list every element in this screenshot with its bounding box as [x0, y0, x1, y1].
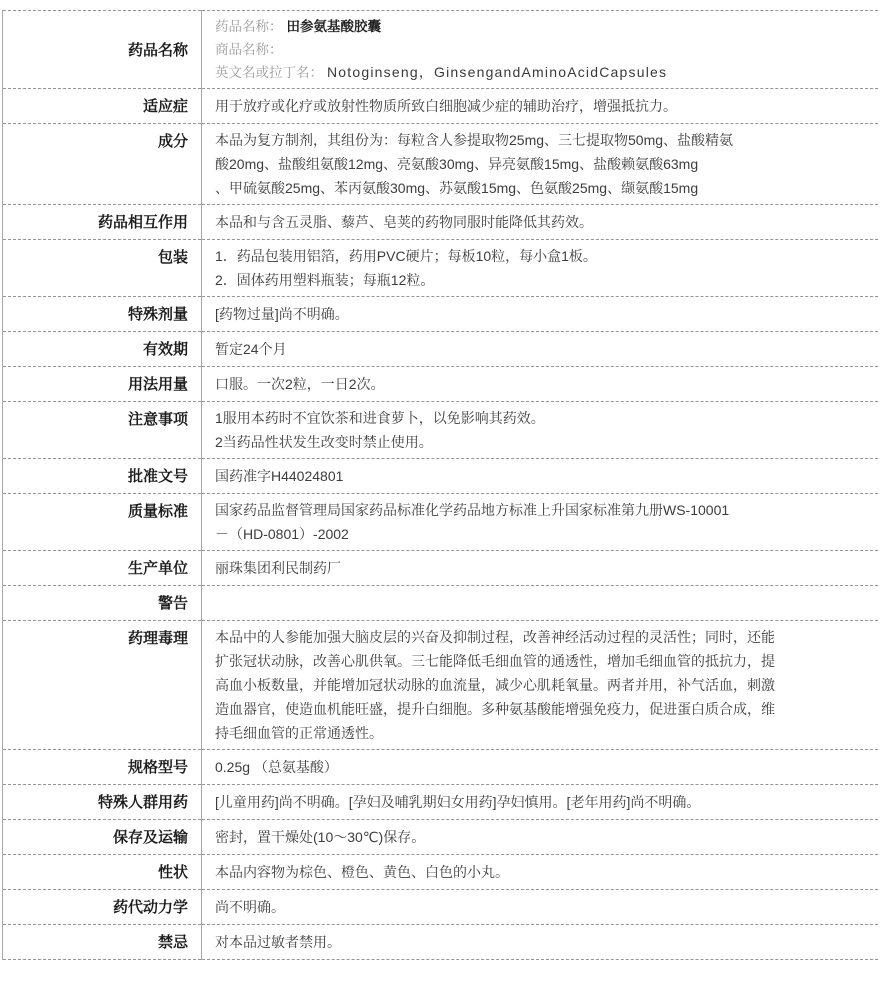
contraindications-value: 对本品过敏者禁用。 — [202, 925, 879, 960]
text-line: 本品和与含五灵脂、藜芦、皂荚的药物同服时能降低其药效。 — [215, 210, 868, 234]
row-specification: 规格型号 0.25g （总氨基酸） — [3, 750, 879, 785]
text-line: 0.25g （总氨基酸） — [215, 755, 868, 779]
contraindications-label: 禁忌 — [3, 925, 202, 960]
row-contraindications: 禁忌 对本品过敏者禁用。 — [3, 925, 879, 960]
row-pharmacokinetics: 药代动力学 尚不明确。 — [3, 890, 879, 925]
text-line — [215, 594, 868, 613]
composition-value: 本品为复方制剂，其组份为：每粒含人参提取物25mg、三七提取物50mg、盐酸精氨… — [202, 124, 879, 205]
drug-interactions-value: 本品和与含五灵脂、藜芦、皂荚的药物同服时能降低其药效。 — [202, 205, 879, 240]
text-line: 用于放疗或化疗或放射性物质所致白细胞减少症的辅助治疗，增强抵抗力。 — [215, 94, 868, 118]
row-precautions: 注意事项 1服用本药时不宜饮茶和进食萝卜，以免影响其药效。 2当药品性状发生改变… — [3, 402, 879, 459]
packaging-label: 包装 — [3, 240, 202, 297]
drug-info-page: { "theme": { "border_dashed": "#a09191",… — [0, 10, 880, 1000]
text-line: 本品为复方制剂，其组份为：每粒含人参提取物25mg、三七提取物50mg、盐酸精氨 — [215, 128, 868, 152]
trade-name-line: 商品名称： — [215, 38, 868, 61]
properties-label: 性状 — [3, 855, 202, 890]
field-value: Notoginseng，GinsengandAminoAcidCapsules — [327, 64, 667, 80]
pharmacology-toxicology-label: 药理毒理 — [3, 621, 202, 750]
text-line: 尚不明确。 — [215, 895, 868, 919]
text-line: 1服用本药时不宜饮茶和进食萝卜，以免影响其药效。 — [215, 406, 868, 430]
text-line: 造血器官，使造血机能旺盛，提升白细胞。多种氨基酸能增强免疫力，促进蛋白质合成，维 — [215, 697, 868, 721]
special-populations-label: 特殊人群用药 — [3, 785, 202, 820]
field-key: 商品名称： — [215, 42, 283, 57]
special-dosage-label: 特殊剂量 — [3, 297, 202, 332]
text-line: 高血小板数量，并能增加冠状动脉的血流量，减少心肌耗氧量。两者并用，补气活血，刺激 — [215, 673, 868, 697]
generic-name-line: 药品名称：田参氨基酸胶囊 — [215, 15, 868, 38]
text-line: 2当药品性状发生改变时禁止使用。 — [215, 430, 868, 454]
precautions-value: 1服用本药时不宜饮茶和进食萝卜，以免影响其药效。 2当药品性状发生改变时禁止使用… — [202, 402, 879, 459]
row-dosage-usage: 用法用量 口服。一次2粒，一日2次。 — [3, 367, 879, 402]
approval-number-value: 国药准字H44024801 — [202, 459, 879, 494]
approval-number-label: 批准文号 — [3, 459, 202, 494]
row-shelf-life: 有效期 暂定24个月 — [3, 332, 879, 367]
manufacturer-label: 生产单位 — [3, 551, 202, 586]
row-storage-transport: 保存及运输 密封，置干燥处(10～30℃)保存。 — [3, 820, 879, 855]
indications-value: 用于放疗或化疗或放射性物质所致白细胞减少症的辅助治疗，增强抵抗力。 — [202, 89, 879, 124]
text-line: [药物过量]尚不明确。 — [215, 302, 868, 326]
specification-label: 规格型号 — [3, 750, 202, 785]
text-line: [儿童用药]尚不明确。[孕妇及哺乳期妇女用药]孕妇慎用。[老年用药]尚不明确。 — [215, 790, 868, 814]
field-key: 英文名或拉丁名： — [215, 65, 323, 80]
row-quality-standard: 质量标准 国家药品监督管理局国家药品标准化学药品地方标准上升国家标准第九册WS-… — [3, 494, 879, 551]
text-line: 酸20mg、盐酸组氨酸12mg、亮氨酸30mg、异亮氨酸15mg、盐酸赖氨酸63… — [215, 152, 868, 176]
drug-info-table: 药品名称 药品名称：田参氨基酸胶囊 商品名称： 英文名或拉丁名：Notogins… — [2, 10, 878, 960]
row-warning: 警告 — [3, 586, 879, 621]
pharmacology-toxicology-value: 本品中的人参能加强大脑皮层的兴奋及抑制过程，改善神经活动过程的灵活性；同时，还能… — [202, 621, 879, 750]
precautions-label: 注意事项 — [3, 402, 202, 459]
storage-transport-label: 保存及运输 — [3, 820, 202, 855]
special-dosage-value: [药物过量]尚不明确。 — [202, 297, 879, 332]
manufacturer-value: 丽珠集团利民制药厂 — [202, 551, 879, 586]
field-value: 田参氨基酸胶囊 — [287, 19, 382, 34]
row-composition: 成分 本品为复方制剂，其组份为：每粒含人参提取物25mg、三七提取物50mg、盐… — [3, 124, 879, 205]
text-line: 本品中的人参能加强大脑皮层的兴奋及抑制过程，改善神经活动过程的灵活性；同时，还能 — [215, 625, 868, 649]
text-line: 扩张冠状动脉，改善心肌供氧。三七能降低毛细血管的通透性，增加毛细血管的抵抗力，提 — [215, 649, 868, 673]
indications-label: 适应症 — [3, 89, 202, 124]
row-indications: 适应症 用于放疗或化疗或放射性物质所致白细胞减少症的辅助治疗，增强抵抗力。 — [3, 89, 879, 124]
special-populations-value: [儿童用药]尚不明确。[孕妇及哺乳期妇女用药]孕妇慎用。[老年用药]尚不明确。 — [202, 785, 879, 820]
row-approval-number: 批准文号 国药准字H44024801 — [3, 459, 879, 494]
warning-label: 警告 — [3, 586, 202, 621]
storage-transport-value: 密封，置干燥处(10～30℃)保存。 — [202, 820, 879, 855]
row-drug-name: 药品名称 药品名称：田参氨基酸胶囊 商品名称： 英文名或拉丁名：Notogins… — [3, 11, 879, 89]
text-line: 暂定24个月 — [215, 337, 868, 361]
english-name-line: 英文名或拉丁名：Notoginseng，GinsengandAminoAcidC… — [215, 61, 868, 84]
shelf-life-value: 暂定24个月 — [202, 332, 879, 367]
text-line: 国药准字H44024801 — [215, 464, 868, 488]
row-special-populations: 特殊人群用药 [儿童用药]尚不明确。[孕妇及哺乳期妇女用药]孕妇慎用。[老年用药… — [3, 785, 879, 820]
text-line: 持毛细血管的正常通透性。 — [215, 721, 868, 745]
specification-value: 0.25g （总氨基酸） — [202, 750, 879, 785]
text-line: 、甲硫氨酸25mg、苯丙氨酸30mg、苏氨酸15mg、色氨酸25mg、缬氨酸15… — [215, 176, 868, 200]
text-line: 口服。一次2粒，一日2次。 — [215, 372, 868, 396]
pharmacokinetics-value: 尚不明确。 — [202, 890, 879, 925]
dosage-usage-value: 口服。一次2粒，一日2次。 — [202, 367, 879, 402]
text-line: 本品内容物为棕色、橙色、黄色、白色的小丸。 — [215, 860, 868, 884]
warning-value — [202, 586, 879, 621]
row-pharmacology-toxicology: 药理毒理 本品中的人参能加强大脑皮层的兴奋及抑制过程，改善神经活动过程的灵活性；… — [3, 621, 879, 750]
composition-label: 成分 — [3, 124, 202, 205]
dosage-usage-label: 用法用量 — [3, 367, 202, 402]
row-packaging: 包装 1．药品包装用铝箔，药用PVC硬片；每板10粒，每小盒1板。 2．固体药用… — [3, 240, 879, 297]
quality-standard-value: 国家药品监督管理局国家药品标准化学药品地方标准上升国家标准第九册WS-10001… — [202, 494, 879, 551]
text-line: 2．固体药用塑料瓶装；每瓶12粒。 — [215, 268, 868, 292]
packaging-value: 1．药品包装用铝箔，药用PVC硬片；每板10粒，每小盒1板。 2．固体药用塑料瓶… — [202, 240, 879, 297]
quality-standard-label: 质量标准 — [3, 494, 202, 551]
row-properties: 性状 本品内容物为棕色、橙色、黄色、白色的小丸。 — [3, 855, 879, 890]
row-drug-interactions: 药品相互作用 本品和与含五灵脂、藜芦、皂荚的药物同服时能降低其药效。 — [3, 205, 879, 240]
text-line: 密封，置干燥处(10～30℃)保存。 — [215, 825, 868, 849]
text-line: 国家药品监督管理局国家药品标准化学药品地方标准上升国家标准第九册WS-10001 — [215, 498, 868, 522]
pharmacokinetics-label: 药代动力学 — [3, 890, 202, 925]
drug-interactions-label: 药品相互作用 — [3, 205, 202, 240]
properties-value: 本品内容物为棕色、橙色、黄色、白色的小丸。 — [202, 855, 879, 890]
field-key: 药品名称： — [215, 19, 283, 34]
text-line: 1．药品包装用铝箔，药用PVC硬片；每板10粒，每小盒1板。 — [215, 244, 868, 268]
row-manufacturer: 生产单位 丽珠集团利民制药厂 — [3, 551, 879, 586]
drug-name-value: 药品名称：田参氨基酸胶囊 商品名称： 英文名或拉丁名：Notoginseng，G… — [202, 11, 879, 89]
row-special-dosage: 特殊剂量 [药物过量]尚不明确。 — [3, 297, 879, 332]
text-line: 丽珠集团利民制药厂 — [215, 556, 868, 580]
text-line: －（HD-0801）-2002 — [215, 522, 868, 546]
shelf-life-label: 有效期 — [3, 332, 202, 367]
text-line: 对本品过敏者禁用。 — [215, 930, 868, 954]
drug-name-label: 药品名称 — [3, 11, 202, 89]
